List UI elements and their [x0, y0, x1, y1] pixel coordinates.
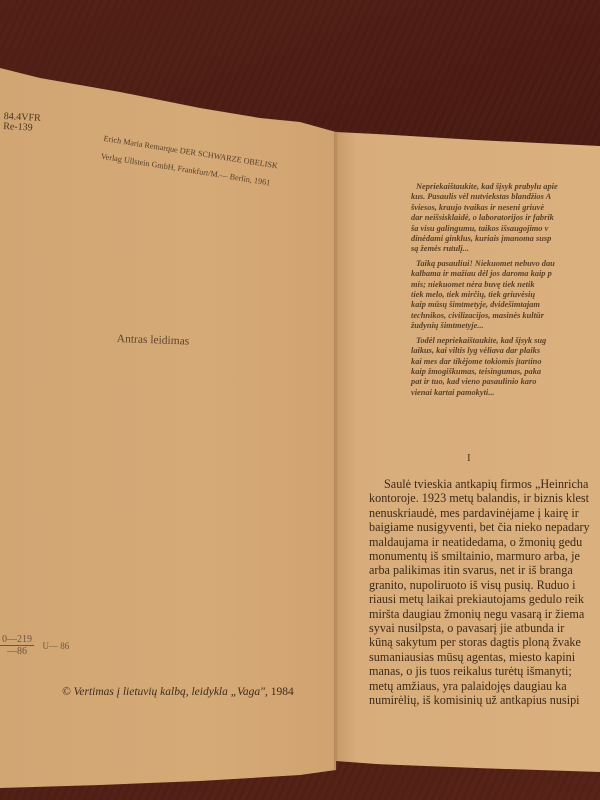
catalog-denominator: —86: [0, 646, 34, 657]
library-call-number: 84.4VFR Re-139: [3, 112, 41, 134]
epigraph-line: ša visu galingumu, taikos išsaugojimo v: [411, 224, 558, 234]
body-line: metų amžiaus, yra palaidojęs daugiau ka: [369, 679, 590, 693]
body-line: maldaujama ir neatidedama, o žmonių gedu: [369, 535, 590, 549]
epigraph-line: Nepriekaištaukite, kad šįsyk prabylu api…: [411, 182, 558, 192]
call-number-line: Re-139: [3, 122, 40, 134]
copyright-icon: ©: [62, 686, 71, 698]
body-line: baigiame nusigyventi, bet čia nieko nepa…: [369, 520, 590, 534]
copyright-year: 1984: [271, 686, 294, 698]
catalog-fraction: 0—219 —86: [0, 634, 34, 657]
chapter-body-text: Saulė tvieskia antkapių firmos „Heinrich…: [369, 477, 590, 708]
epigraph-line: kaip žmogiškumas, teisingumas, paka: [411, 367, 558, 377]
epigraph-line: Taiką pasauliui! Niekuomet nebuvo dau: [411, 259, 558, 269]
epigraph-paragraph: Nepriekaištaukite, kad šįsyk prabylu api…: [411, 182, 558, 255]
body-line: kontoroje. 1923 metų balandis, ir biznis…: [369, 491, 590, 505]
catalog-extra: U— 86: [43, 641, 70, 651]
epigraph-line: dar neišsisklaidė, o laboratorijos ir fa…: [411, 213, 558, 223]
body-line: riausi metų laikai prekiautojams gedulo …: [369, 592, 590, 606]
body-line: kūną sakytum per storas dagtis ploną žva…: [369, 635, 590, 649]
body-line: nenuskriaudė, mes pardavinėjame į kairę …: [369, 506, 590, 520]
epigraph-line: vienai kartai pamokyti...: [411, 388, 558, 398]
chapter-number: I: [467, 452, 471, 464]
catalog-numerator: 0—219: [0, 634, 34, 646]
catalog-code: 0—219 —86 U— 86: [0, 634, 69, 657]
book-gutter: [334, 130, 338, 770]
epigraph-line: kaip mūsų šimtmetyje, dvidešimtajam: [411, 300, 558, 310]
epigraph-line: pat ir tuo, kad vieno pasaulinio karo: [411, 377, 558, 387]
body-line: manas, o jis tuos reikalus turėtų išmany…: [369, 664, 590, 678]
edition-label: Antras leidimas: [117, 333, 190, 348]
epigraph-line: laikus, kai viltis lyg vėliava dar plaik…: [411, 346, 558, 356]
epigraph-line: kus. Pasaulis vėl nutviekstas blandžios …: [411, 192, 558, 202]
epigraph-paragraph: Taiką pasauliui! Niekuomet nebuvo dau ka…: [411, 259, 558, 332]
epigraph-line: tiek melo, tiek mirčių, tiek griuvėsių: [411, 290, 558, 300]
body-line: Saulė tvieskia antkapių firmos „Heinrich…: [369, 477, 590, 491]
body-line: granito, nupoliruoto iš visų pusių. Rudu…: [369, 578, 590, 592]
epigraph-line: žudynių šimtmetyje...: [411, 321, 558, 331]
epigraph-line: dinėdami ginklus, kuriais įmanoma susp: [411, 234, 558, 244]
epigraph-line: są žemės rutulį...: [411, 244, 558, 254]
copyright-text: Vertimas į lietuvių kalbą, leidykla „Vag…: [74, 686, 268, 698]
epigraph-line: kai mes dar tikėjome tokiomis įtartino: [411, 357, 558, 367]
epigraph-line: technikos, civilizacijos, masinės kultūr: [411, 311, 558, 321]
body-line: numirėlių, iš komisinių už antkapius nus…: [369, 693, 590, 707]
epigraph-paragraph: Todėl nepriekaištaukite, kad šįsyk sug l…: [411, 336, 558, 398]
body-line: arba palikimas itin svarus, net ir iš br…: [369, 563, 590, 577]
body-line: syvai nusilpsta, o pavasarį jie atbunda …: [369, 621, 590, 635]
epigraph-line: Todėl nepriekaištaukite, kad šįsyk sug: [411, 336, 558, 346]
epigraph-line: kalbama ir mažiau dėl jos daroma kaip p: [411, 269, 558, 279]
epigraph-line: šviesos, kraujo tvaikas ir neseni griuvė: [411, 203, 558, 213]
copyright-notice: © Vertimas į lietuvių kalbą, leidykla „V…: [62, 686, 294, 698]
epigraph-line: mis; niekuomet nėra buvę tiek netik: [411, 280, 558, 290]
body-line: miršta daugiau žmonių negu vasarą ir žie…: [369, 607, 590, 621]
body-line: sumaniausias mūsų agentas, miesto kapini: [369, 650, 590, 664]
body-line: monumentų iš smiltainio, marmuro arba, j…: [369, 549, 590, 563]
epigraph: Nepriekaištaukite, kad šįsyk prabylu api…: [411, 182, 558, 402]
